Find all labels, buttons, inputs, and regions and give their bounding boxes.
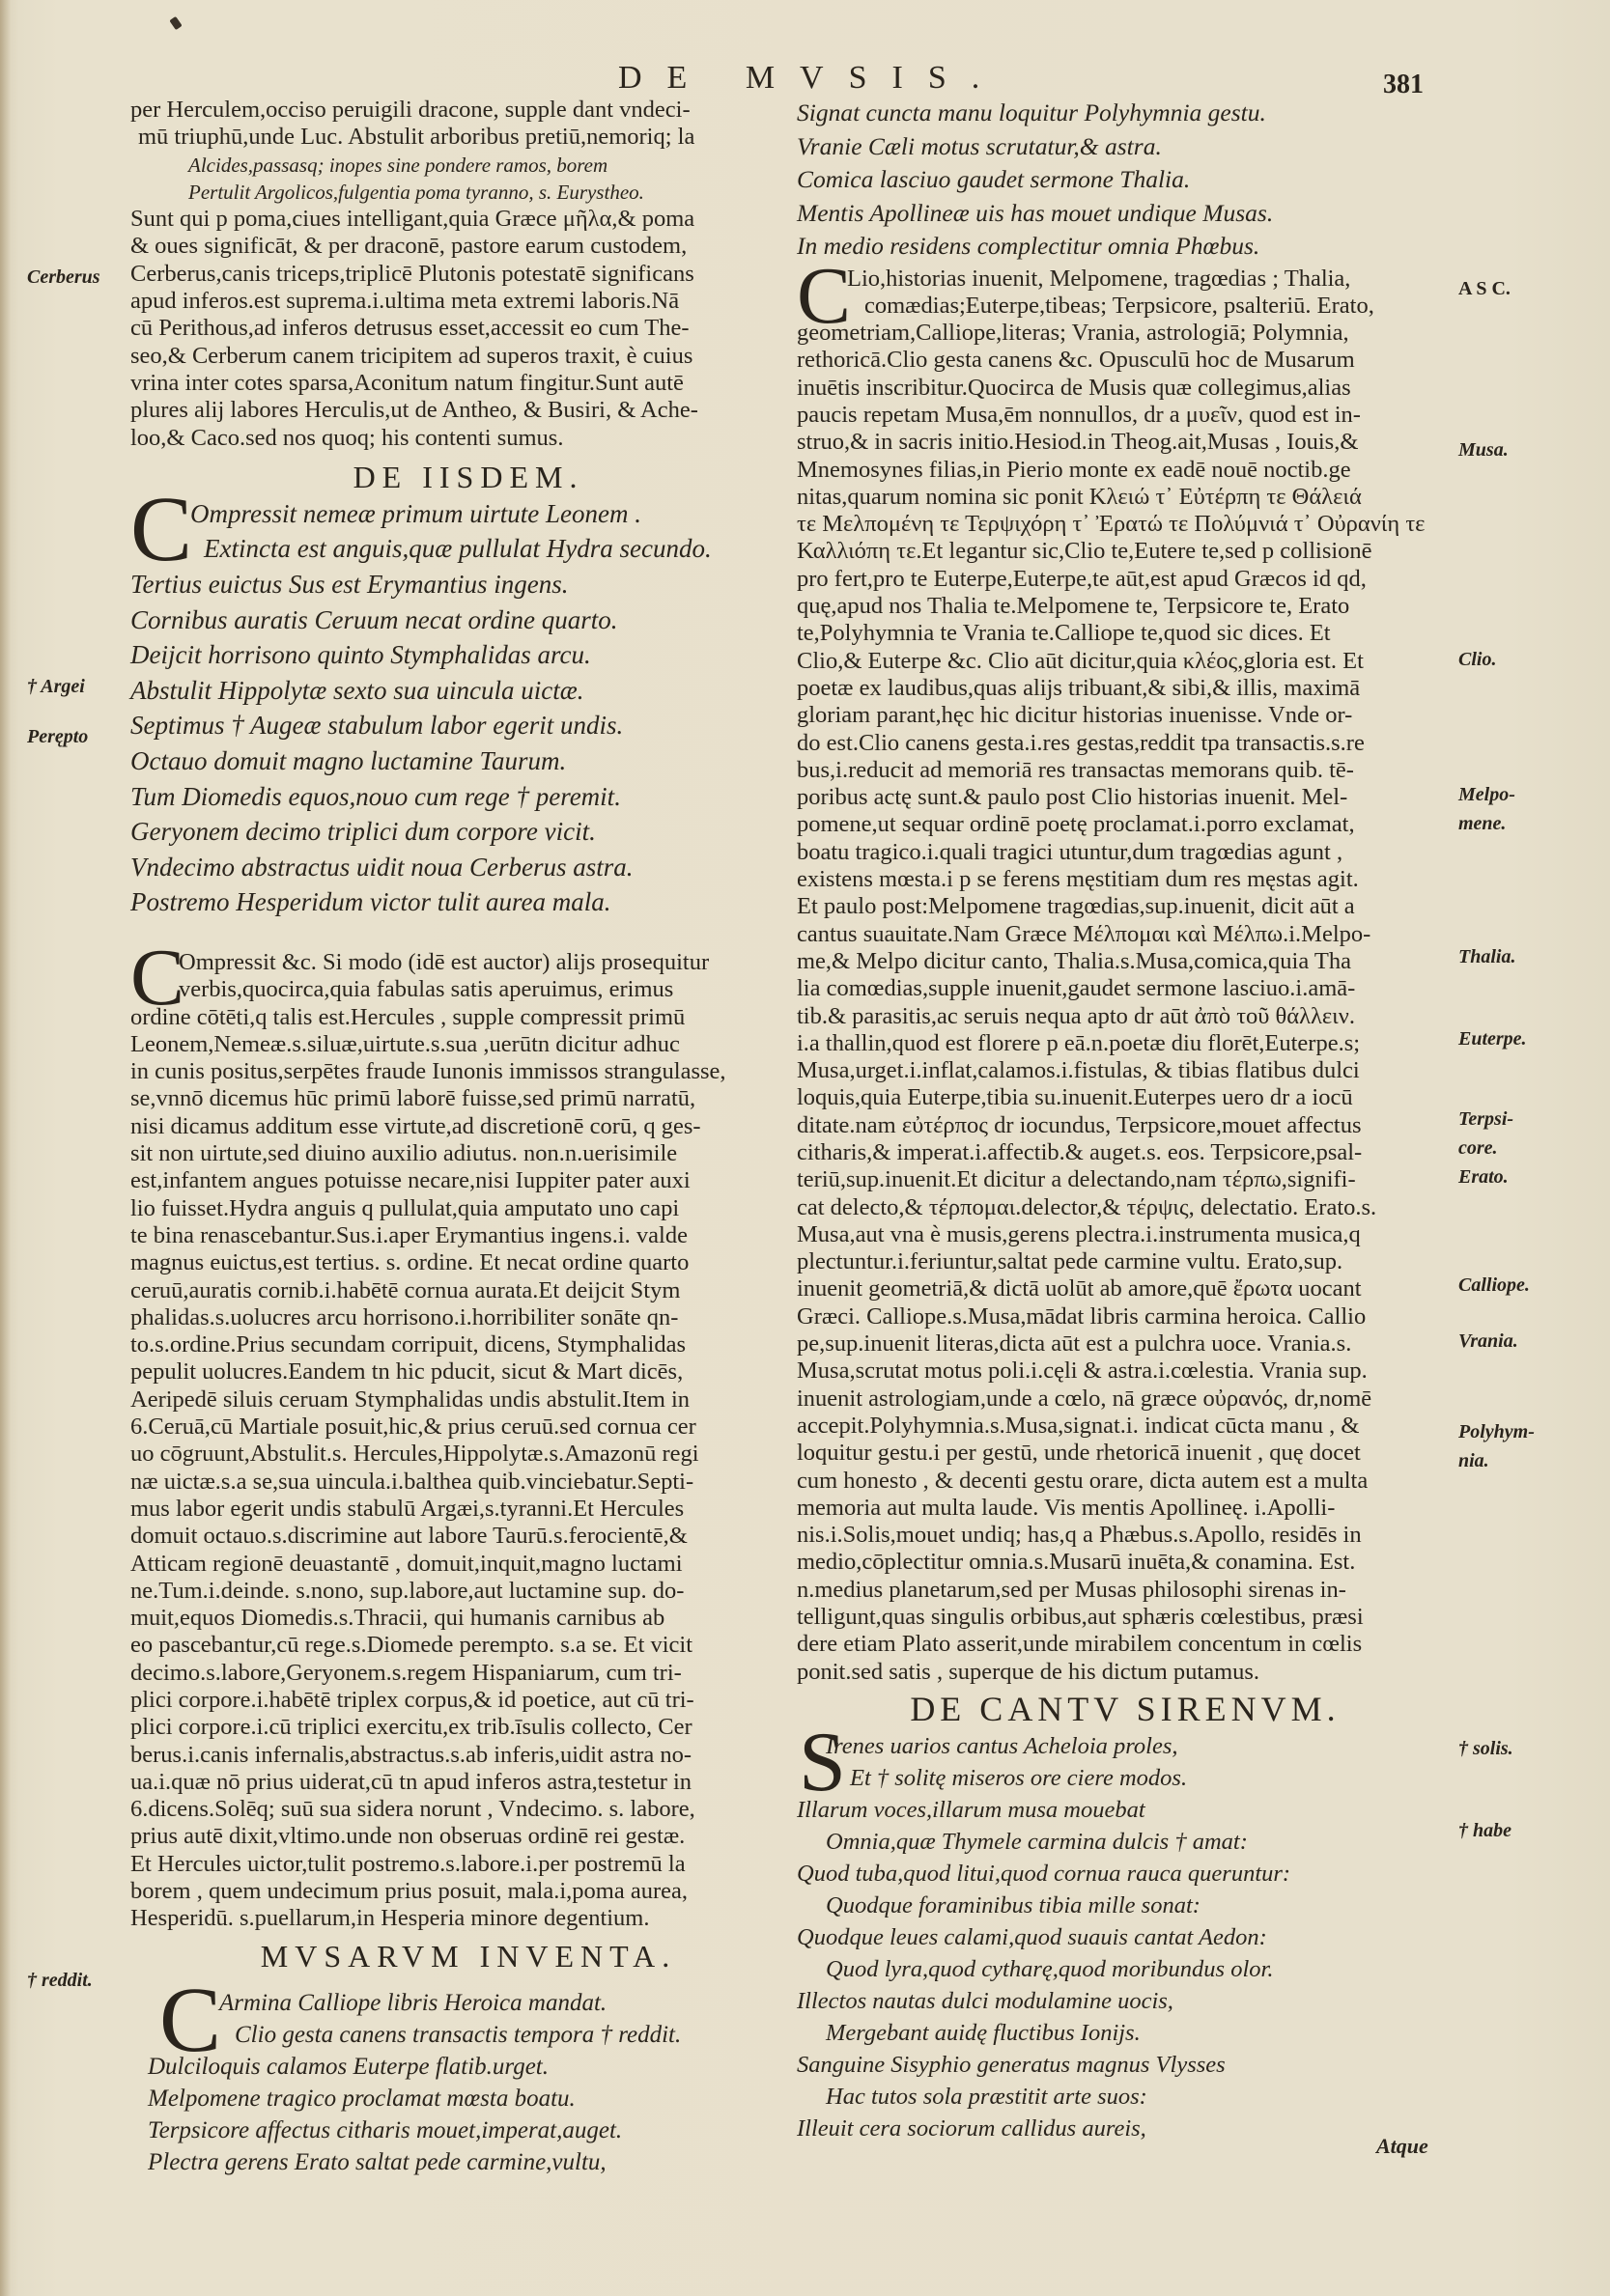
commentary-line: accepit.Polyhymnia.s.Musa,signat.i. indi… (797, 1413, 1454, 1440)
commentary-line: te,Polyhymnia te Vrania te.Calliope te,q… (797, 620, 1454, 647)
commentary-line: plici corpore.i.habētē triplex corpus,& … (130, 1687, 806, 1714)
verse-line: Comica lasciuo gaudet sermone Thalia. (797, 163, 1454, 197)
book-page: DE MVSIS. 381 per Herculem,occiso peruig… (0, 0, 1610, 2296)
commentary-line: uo cōgruunt,Abstulit.s. Hercules,Hippoly… (130, 1441, 806, 1468)
margin-note: Perępto (27, 726, 88, 748)
commentary-line: i.a thallin,quod est florere p eā.n.poet… (797, 1030, 1454, 1057)
commentary-line: Græci. Calliope.s.Musa,mādat libris carm… (797, 1303, 1454, 1330)
commentary-line: Καλλιόπη τε.Et legantur sic,Clio te,Eute… (797, 538, 1454, 565)
commentary-line: cat delecto,& τέρπομαι.delector,& τέρψις… (797, 1194, 1454, 1221)
margin-note: Vrania. (1458, 1330, 1518, 1353)
commentary-line: dere etiam Plato asserit,unde mirabilem … (797, 1631, 1454, 1658)
commentary-line: borem , quem undecimum prius posuit, mal… (130, 1878, 806, 1905)
margin-note: Clio. (1458, 649, 1496, 671)
drop-cap: C (159, 1981, 221, 2058)
verse-line: In medio residens complectitur omnia Phœ… (797, 230, 1454, 264)
margin-note: Calliope. (1458, 1274, 1530, 1297)
commentary-line: Musa,scrutat motus poli.i.cęli & astra.i… (797, 1358, 1454, 1385)
commentary-line: ditate.nam εὐτέρπος dr iocundus, Terpsic… (797, 1112, 1454, 1139)
commentary-line: bus,i.reducit ad memoriā res transactas … (797, 757, 1454, 784)
margin-note: nia. (1458, 1450, 1489, 1472)
verse-line: Et † solitę miseros ore ciere modos. (797, 1762, 1454, 1794)
commentary-line: inuenit astrologiam,unde a cœlo, nā græc… (797, 1386, 1454, 1413)
commentary-line: Et paulo post:Melpomene tragœdias,sup.in… (797, 893, 1454, 920)
commentary-line: næ uictæ.s.a se,sua uincula.i.balthea qu… (130, 1469, 806, 1496)
commentary-line: ne.Tum.i.deinde. s.nono, sup.labore,aut … (130, 1578, 806, 1605)
commentary-line: se,vnnō dicemus hūc primū laborē fuisse,… (130, 1085, 806, 1112)
commentary-line: existens mœsta.i p se ferens męstitiam d… (797, 866, 1454, 893)
heading-musarum-inventa: MVSARVM INVENTA. (130, 1937, 806, 1975)
commentary-line: quę,apud nos Thalia te.Melpomene te, Ter… (797, 593, 1454, 620)
commentary-line: est,infantem angues potuisse necare,nisi… (130, 1167, 806, 1194)
commentary-line: cum honesto , & decenti gestu orare, dic… (797, 1468, 1454, 1495)
commentary-line: pe,sup.inuenit literas,dicta aūt est a p… (797, 1330, 1454, 1358)
commentary-line: lio fuisset.Hydra anguis q pullulat,quia… (130, 1195, 806, 1222)
verse-line: Quodque foraminibus tibia mille sonat: (797, 1890, 1454, 1921)
commentary-line: mus labor egerit undis stabulū Argæi,s.t… (130, 1496, 806, 1523)
commentary-line: domuit octauo.s.discrimine aut labore Ta… (130, 1523, 806, 1550)
commentary-line: Sunt qui p poma,ciues intelligant,quia G… (130, 206, 806, 233)
verse-line: Septimus † Augeæ stabulum labor egerit u… (130, 708, 806, 743)
margin-note: Musa. (1458, 439, 1509, 462)
commentary-line: cū Perithous,ad inferos detrusus esset,a… (130, 315, 806, 342)
margin-note: † habe (1458, 1820, 1511, 1842)
commentary-line: 6.Ceruā,cū Martiale posuit,hic,& prius c… (130, 1414, 806, 1441)
commentary-line: do est.Clio canens gesta.i.res gestas,re… (797, 730, 1454, 757)
commentary-line: decimo.s.labore,Geryonem.s.regem Hispani… (130, 1660, 806, 1687)
verse-line: Quod tuba,quod litui,quod cornua rauca q… (797, 1858, 1454, 1890)
commentary-line: Leonem,Nemeæ.s.siluæ,uirtute.s.sua ,uerū… (130, 1031, 806, 1058)
commentary-line: & oues significāt, & per draconē, pastor… (130, 233, 806, 260)
verse-line: Octauo domuit magno luctamine Taurum. (130, 743, 806, 779)
verses-sirens: S Irenes uarios cantus Acheloia proles,E… (797, 1730, 1454, 2144)
verse-line: Ompressit nemeæ primum uirtute Leonem . (130, 496, 806, 532)
verse-line: Quod lyra,quod cytharę,quod moribundus o… (797, 1953, 1454, 1985)
commentary-hercules-end: per Herculem,occiso peruigili dracone, s… (130, 97, 806, 452)
commentary-line: τε Μελπομένη τε Τερψιχόρη τ᾽ Ἐρατώ τε Πο… (797, 511, 1454, 538)
commentary-line: sit non uirtute,sed diuino auxilio adiut… (130, 1140, 806, 1167)
margin-note: Euterpe. (1458, 1028, 1527, 1050)
drop-cap: C (130, 490, 192, 568)
verse-line: Melpomene tragico proclamat mœsta boatu. (130, 2083, 806, 2114)
commentary-line: me,& Melpo dicitur canto, Thalia.s.Musa,… (797, 948, 1454, 975)
commentary-line: muit,equos Diomedis.s.Thracii, qui human… (130, 1605, 806, 1632)
commentary-labors: C Ompressit &c. Si modo (idē est auctor)… (130, 949, 806, 1933)
commentary-line: cantus suauitate.Nam Græce Μέλπομαι καὶ … (797, 921, 1454, 948)
commentary-line: Aeripedē siluis ceruam Stymphalidas undi… (130, 1386, 806, 1414)
commentary-line: nisi dicamus additum esse virtute,ad dis… (130, 1113, 806, 1140)
verse-line: Clio gesta canens transactis tempora † r… (130, 2019, 806, 2051)
verse-line: Tum Diomedis equos,nouo cum rege † perem… (130, 779, 806, 815)
commentary-line: loquis,quia Euterpe,tibia su.inuenit.Eut… (797, 1084, 1454, 1111)
commentary-line: Ompressit &c. Si modo (idē est auctor) a… (130, 949, 806, 976)
commentary-line: Et Hercules uictor,tulit postremo.s.labo… (130, 1851, 806, 1878)
commentary-line: inuētis inscribitur.Quocirca de Musis qu… (797, 375, 1454, 402)
verse-line: Vndecimo abstractus uidit noua Cerberus … (130, 850, 806, 885)
commentary-line: teriū,sup.inuenit.Et dicitur a delectand… (797, 1166, 1454, 1193)
commentary-line: seo,& Cerberum canem tricipitem ad super… (130, 343, 806, 370)
commentary-line: Hesperidū. s.puellarum,in Hesperia minor… (130, 1905, 806, 1932)
verse-line: Mergebant auidę fluctibus Ionijs. (797, 2017, 1454, 2049)
commentary-line: struo,& in sacris initio.Hesiod.in Theog… (797, 429, 1454, 456)
verse-line: Mentis Apollineæ uis has mouet undique M… (797, 197, 1454, 231)
drop-cap: C (130, 945, 184, 1011)
verse-line: Dulciloquis calamos Euterpe flatib.urget… (130, 2051, 806, 2083)
verse-line: Tertius euictus Sus est Erymantius ingen… (130, 567, 806, 602)
commentary-line: Clio,& Euterpe &c. Clio aūt dicitur,quia… (797, 648, 1454, 675)
commentary-line: Musa,aut vna è musis,gerens plectra.i.in… (797, 1221, 1454, 1248)
verse-line: Illectos nautas dulci modulamine uocis, (797, 1985, 1454, 2017)
ink-smudge (169, 16, 182, 30)
commentary-line: Lio,historias inuenit, Melpomene, tragœd… (797, 266, 1454, 293)
commentary-line: Atticam regionē deuastantē , domuit,inqu… (130, 1551, 806, 1578)
commentary-line: memoria aut multa laude. Vis mentis Apol… (797, 1495, 1454, 1522)
commentary-line: ua.i.quæ nō prius uiderat,cū tn apud inf… (130, 1769, 806, 1796)
verse-line: Deijcit horrisono quinto Stymphalidas ar… (130, 637, 806, 673)
commentary-line: berus.i.canis infernalis,abstractus.s.ab… (130, 1742, 806, 1769)
commentary-line: tib.& parasitis,ac seruis nequa apto dr … (797, 1003, 1454, 1030)
catchword: Atque (1376, 2134, 1428, 2159)
commentary-line: Mnemosynes filias,in Pierio monte ex ead… (797, 457, 1454, 484)
commentary-line: eo pascebantur,cū rege.s.Diomede perempt… (130, 1632, 806, 1659)
verses-musarum-inventa: C Armina Calliope libris Heroica mandat.… (130, 1987, 806, 2178)
commentary-line: verbis,quocirca,quia fabulas satis aperu… (130, 976, 806, 1003)
commentary-line: to.s.ordine.Prius secundam corripuit, di… (130, 1331, 806, 1358)
verse-line: Signat cuncta manu loquitur Polyhymnia g… (797, 97, 1454, 130)
commentary-line: per Herculem,occiso peruigili dracone, s… (130, 97, 806, 124)
verse-line: Sanguine Sisyphio generatus magnus Vlyss… (797, 2049, 1454, 2081)
verse-line: Terpsicore affectus citharis mouet,imper… (130, 2114, 806, 2146)
drop-cap: S (799, 1724, 846, 1802)
commentary-line: prius autē dixit,vltimo.unde non obserua… (130, 1823, 806, 1850)
commentary-line: inuenit geometriā,& dictā uolūt ab amore… (797, 1275, 1454, 1302)
margin-note: † reddit. (27, 1970, 93, 1992)
margin-note: Cerberus (27, 266, 100, 289)
commentary-line: lia comœdias,supple inuenit,gaudet sermo… (797, 975, 1454, 1002)
verse-line: Illeuit cera sociorum callidus aureis, (797, 2113, 1454, 2144)
commentary-line: nitas,quarum nomina sic ponit Κλειώ τ᾽ Ε… (797, 484, 1454, 511)
drop-cap: C (797, 264, 851, 329)
commentary-line: pepulit uolucres.Eandem tn hic pducit, s… (130, 1358, 806, 1386)
commentary-line: phalidas.s.uolucres arcu horrisono.i.hor… (130, 1304, 806, 1331)
margin-note: A S C. (1458, 278, 1511, 300)
verse-line: Extincta est anguis,quæ pullulat Hydra s… (130, 531, 806, 567)
commentary-line: vrina inter cotes sparsa,Aconitum natum … (130, 370, 806, 397)
commentary-line: nis.i.Solis,mouet undiq; has,q a Phæbus.… (797, 1522, 1454, 1549)
commentary-line: gloriam parant,hęc hic dicitur historias… (797, 702, 1454, 729)
commentary-line: loo,& Caco.sed nos quoq; his contenti su… (130, 425, 806, 452)
verse-line: Postremo Hesperidum victor tulit aurea m… (130, 884, 806, 920)
verse-line: Vranie Cæli motus scrutatur,& astra. (797, 130, 1454, 164)
verses-continued: Signat cuncta manu loquitur Polyhymnia g… (797, 97, 1454, 264)
commentary-line: magnus euictus,est tertius. s. ordine. E… (130, 1249, 806, 1276)
verse-line: Irenes uarios cantus Acheloia proles, (797, 1730, 1454, 1762)
commentary-muses: C Lio,historias inuenit, Melpomene, trag… (797, 266, 1454, 1686)
verse-line: Armina Calliope libris Heroica mandat. (130, 1987, 806, 2019)
commentary-line: ponit.sed satis , superque de his dictum… (797, 1659, 1454, 1686)
running-head: DE MVSIS. (618, 60, 1004, 97)
margin-note: Melpo- (1458, 784, 1515, 806)
commentary-line: telligunt,quas singulis orbibus,aut sphæ… (797, 1604, 1454, 1631)
commentary-line: plectuntur.i.feriuntur,saltat pede carmi… (797, 1248, 1454, 1275)
commentary-line: medio,cōplectitur omnia.s.Musarū inuēta,… (797, 1549, 1454, 1576)
commentary-line: apud inferos.est suprema.i.ultima meta e… (130, 288, 806, 315)
commentary-line: te bina renascebantur.Sus.i.aper Erymant… (130, 1222, 806, 1249)
verse-line: Illarum voces,illarum musa mouebat (797, 1794, 1454, 1826)
verse-line: Geryonem decimo triplici dum corpore vic… (130, 814, 806, 850)
commentary-line: poribus actę sunt.& paulo post Clio hist… (797, 784, 1454, 811)
commentary-line: Pertulit Argolicos,fulgentia poma tyrann… (130, 179, 806, 206)
margin-note: Erato. (1458, 1166, 1509, 1189)
margin-note: Terpsi- (1458, 1108, 1513, 1131)
verse-line: Quodque leues calami,quod suauis cantat … (797, 1921, 1454, 1953)
verses-labors-of-hercules: C Ompressit nemeæ primum uirtute Leonem … (130, 496, 806, 920)
commentary-line: rethoricā.Clio gesta canens &c. Opusculū… (797, 347, 1454, 374)
margin-note: mene. (1458, 813, 1506, 835)
commentary-line: poetæ ex laudibus,quas alijs tribuant,& … (797, 675, 1454, 702)
commentary-line: comædias;Euterpe,tibeas; Terpsicore, psa… (797, 293, 1454, 320)
heading-de-iisdem: DE IISDEM. (130, 458, 806, 496)
commentary-line: paucis repetam Musa,ēm nonnullos, dr a μ… (797, 402, 1454, 429)
commentary-line: in cunis positus,serpētes fraude Iunonis… (130, 1058, 806, 1085)
margin-note: Polyhym- (1458, 1421, 1535, 1443)
margin-note: † solis. (1458, 1738, 1513, 1760)
commentary-line: Musa,urget.i.inflat,calamos.i.fistulas, … (797, 1057, 1454, 1084)
commentary-line: ceruū,auratis cornib.i.habētē cornua aur… (130, 1277, 806, 1304)
verse-line: Hac tutos sola præstitit arte suos: (797, 2081, 1454, 2113)
commentary-line: Alcides,passasq; inopes sine pondere ram… (130, 152, 806, 179)
commentary-line: plures alij labores Herculis,ut de Anthe… (130, 397, 806, 424)
commentary-line: loquitur gestu.i per gestū, unde rhetori… (797, 1440, 1454, 1467)
commentary-line: citharis,& imperat.i.affectib.& auget.s.… (797, 1139, 1454, 1166)
commentary-line: pro fert,pro te Euterpe,Euterpe,te aūt,e… (797, 566, 1454, 593)
margin-note: † Argei (27, 676, 85, 698)
right-column: Signat cuncta manu loquitur Polyhymnia g… (797, 97, 1454, 2144)
margin-note: Thalia. (1458, 946, 1515, 968)
commentary-line: mū triuphū,unde Luc. Abstulit arboribus … (130, 124, 806, 151)
commentary-line: 6.dicens.Solēq; suū sua sidera norunt , … (130, 1796, 806, 1823)
verse-line: Plectra gerens Erato saltat pede carmine… (130, 2146, 806, 2178)
commentary-line: Cerberus,canis triceps,triplicē Plutonis… (130, 261, 806, 288)
commentary-line: plici corpore.i.cū triplici exercitu,ex … (130, 1714, 806, 1741)
left-column: per Herculem,occiso peruigili dracone, s… (130, 97, 806, 2178)
heading-de-cantu-sirenum: DE CANTV SIRENVM. (797, 1690, 1454, 1728)
verse-line: Omnia,quæ Thymele carmina dulcis † amat: (797, 1826, 1454, 1858)
gutter-shadow (0, 0, 12, 2296)
verse-line: Abstulit Hippolytæ sexto sua uincula uic… (130, 673, 806, 709)
commentary-line: ordine cōtēti,q talis est.Hercules , sup… (130, 1004, 806, 1031)
commentary-line: boatu tragico.i.quali tragici utuntur,du… (797, 839, 1454, 866)
verse-line: Cornibus auratis Ceruum necat ordine qua… (130, 602, 806, 638)
commentary-line: geometriam,Calliope,literas; Vrania, ast… (797, 320, 1454, 347)
commentary-line: n.medius planetarum,sed per Musas philos… (797, 1577, 1454, 1604)
margin-note: core. (1458, 1137, 1498, 1160)
commentary-line: pomene,ut sequar ordinē poetę proclamat.… (797, 811, 1454, 838)
